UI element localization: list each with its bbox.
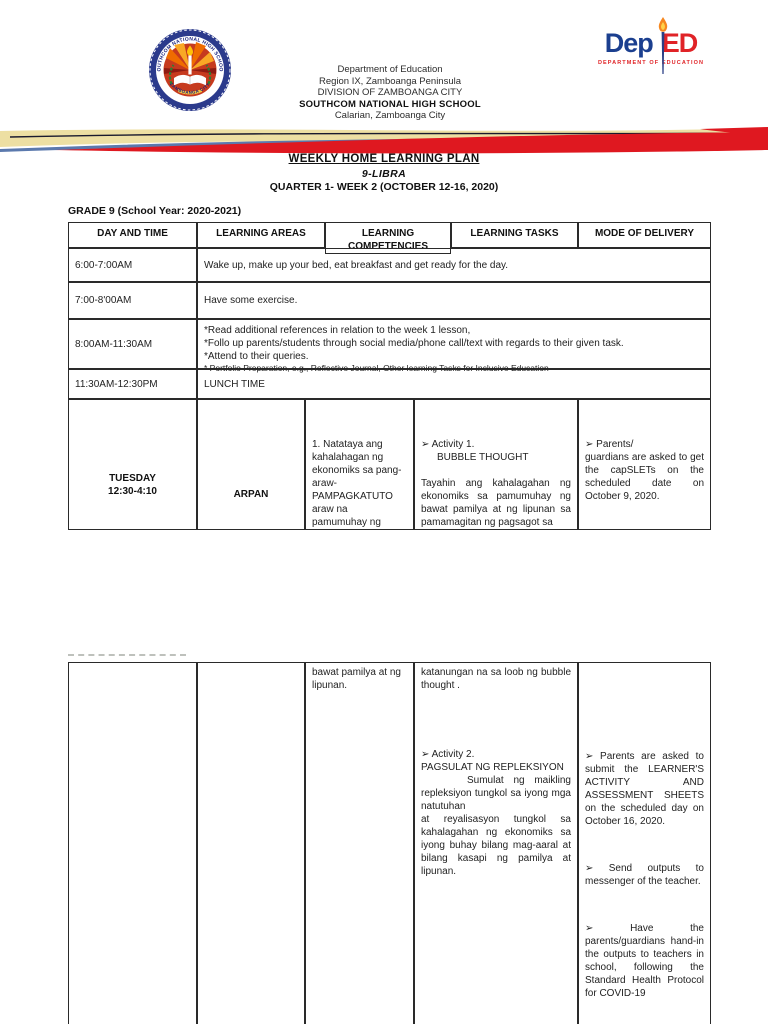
activity1-body-continued: katanungan na sa loob ng bubble thought … [421,666,571,692]
col-header-mode-of-delivery: MODE OF DELIVERY [578,222,711,248]
section-name: 9-LIBRA [0,168,768,180]
row-task-1130: LUNCH TIME [197,369,711,399]
col-header-learning-tasks: LEARNING TASKS [451,222,578,248]
tuesday-time-label: 12:30-4:10 [75,485,190,498]
deped-torch-icon [655,16,671,78]
document-page: SOUTHCOM NATIONAL HIGH SCHOOL ZAMBOANGA … [0,0,768,1024]
deped-wordmark: DepED [605,28,698,58]
continuation-day-cell [68,662,197,1024]
task-line: *Follo up parents/students through socia… [204,337,704,350]
deped-text-dep: Dep [605,28,653,58]
task-line: *Attend to their queries. [204,350,704,363]
col-header-learning-areas: LEARNING AREAS [197,222,325,248]
dept-line: Department of Education [234,64,546,76]
continuation-delivery-cell: ➢ Parents are asked to submit the LEARNE… [578,662,711,1024]
tuesday-day-label: TUESDAY [75,472,190,485]
task-line: *Read additional references in relation … [204,324,704,337]
tuesday-delivery-cell: ➢ Parents/ guardians are asked to get th… [578,399,711,530]
continuation-area-cell [197,662,305,1024]
address-line: Calarian, Zamboanga City [234,110,546,122]
school-seal-icon: SOUTHCOM NATIONAL HIGH SCHOOL ZAMBOANGA … [148,28,232,112]
page-title: WEEKLY HOME LEARNING PLAN [0,153,768,165]
tuesday-tasks-cell: ➢ Activity 1. BUBBLE THOUGHT Tayahin ang… [414,399,578,530]
row-task-0600: Wake up, make up your bed, eat breakfast… [197,248,711,282]
grade-school-year-line: GRADE 9 (School Year: 2020-2021) [68,205,241,217]
row-task-0800: *Read additional references in relation … [197,319,711,369]
region-line: Region IX, Zamboanga Peninsula [234,76,546,88]
activity2-title: ➢ Activity 2. [421,748,571,761]
row-task-0700: Have some exercise. [197,282,711,319]
delivery-note-1: ➢ Parents are asked to submit the LEARNE… [585,750,704,828]
tuesday-day-cell: TUESDAY 12:30-4:10 [68,399,197,530]
division-line: DIVISION OF ZAMBOANGA CITY [234,87,546,99]
tuesday-competencies-cell: 1. Natataya ang kahalahagan ng ekonomiks… [305,399,414,530]
tuesday-learning-area-cell: ARPAN [197,399,305,530]
activity1-body: Tayahin ang kahalagahan ng ekonomiks sa … [421,477,571,529]
delivery-note-2: ➢ Send outputs to messenger of the teach… [585,862,704,888]
activity2-body: Sumulat ng maikling repleksiyon tungkol … [421,774,571,878]
activity2-subtitle: PAGSULAT NG REPLEKSIYON [421,761,571,774]
delivery-note-3: ➢ Have the parents/guardians hand-in the… [585,922,704,1000]
activity1-subtitle: BUBBLE THOUGHT [421,451,571,464]
school-name-line: SOUTHCOM NATIONAL HIGH SCHOOL [234,99,546,111]
activity2-block: ➢ Activity 2. PAGSULAT NG REPLEKSIYON Su… [421,748,571,878]
row-time-0700: 7:00-8'00AM [68,282,197,319]
scan-artifact-line [68,654,186,656]
flag-ribbon-divider-icon [0,127,768,154]
row-time-1130: 11:30AM-12:30PM [68,369,197,399]
continuation-tasks-cell: katanungan na sa loob ng bubble thought … [414,662,578,1024]
deped-tagline: DEPARTMENT OF EDUCATION [592,60,710,66]
letterhead-text: Department of Education Region IX, Zambo… [234,64,546,122]
col-header-day-and-time: DAY AND TIME [68,222,197,248]
continuation-competencies-cell: bawat pamilya at ng lipunan. [305,662,414,1024]
activity1-title: ➢ Activity 1. [421,438,571,451]
deped-logo-icon: DepED DEPARTMENT OF EDUCATION [592,28,710,94]
quarter-week-line: QUARTER 1- WEEK 2 (OCTOBER 12-16, 2020) [0,181,768,193]
row-time-0600: 6:00-7:00AM [68,248,197,282]
row-time-0800: 8:00AM-11:30AM [68,319,197,369]
